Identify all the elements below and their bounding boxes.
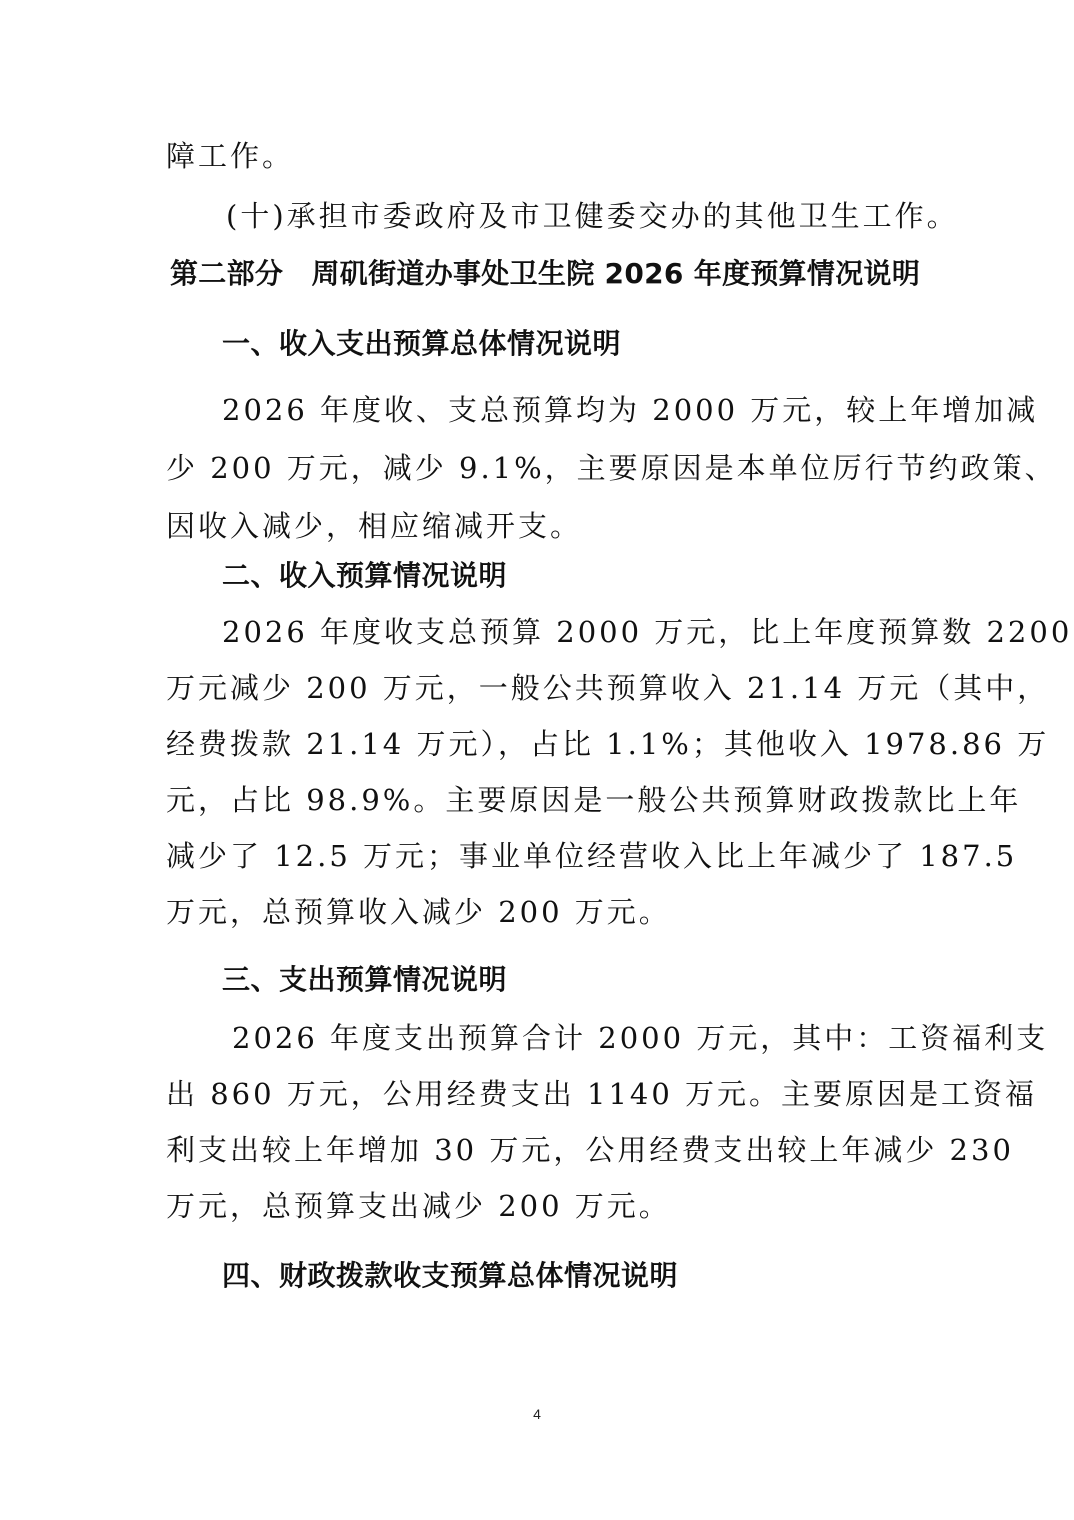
item-ten: (十)承担市委政府及市卫健委交办的其他卫生工作。 bbox=[226, 196, 971, 236]
section-2-line-5: 减少了 12.5 万元；事业单位经营收入比上年减少了 187.5 bbox=[166, 836, 911, 876]
section-3-line-1: 2026 年度支出预算合计 2000 万元，其中：工资福利支 bbox=[232, 1018, 911, 1058]
section-2-line-4: 元，占比 98.9%。主要原因是一般公共预算财政拨款比上年 bbox=[166, 780, 911, 820]
section-1-line-2: 少 200 万元，减少 9.1%，主要原因是本单位厉行节约政策、 bbox=[166, 448, 911, 488]
section-1-line-3: 因收入减少，相应缩减开支。 bbox=[166, 506, 911, 546]
part-title: 第二部分 周矶街道办事处卫生院 2026 年度预算情况说明 bbox=[170, 254, 915, 294]
page-number: 4 bbox=[0, 1406, 1074, 1422]
section-3-heading: 三、支出预算情况说明 bbox=[222, 960, 967, 1000]
section-4-heading: 四、财政拨款收支预算总体情况说明 bbox=[222, 1256, 967, 1296]
section-2-heading: 二、收入预算情况说明 bbox=[222, 556, 967, 596]
continuation-text: 障工作。 bbox=[166, 136, 911, 176]
section-2-line-1: 2026 年度收支总预算 2000 万元，比上年度预算数 2200 bbox=[222, 612, 911, 652]
section-2-line-6: 万元，总预算收入减少 200 万元。 bbox=[166, 892, 911, 932]
section-1-line-1: 2026 年度收、支总预算均为 2000 万元，较上年增加减 bbox=[222, 390, 911, 430]
section-2-line-2: 万元减少 200 万元，一般公共预算收入 21.14 万元（其中， bbox=[166, 668, 911, 708]
section-3-line-2: 出 860 万元，公用经费支出 1140 万元。主要原因是工资福 bbox=[166, 1074, 901, 1114]
section-2-line-3: 经费拨款 21.14 万元），占比 1.1%；其他收入 1978.86 万 bbox=[166, 724, 911, 764]
section-3-line-4: 万元，总预算支出减少 200 万元。 bbox=[166, 1186, 911, 1226]
section-1-heading: 一、收入支出预算总体情况说明 bbox=[222, 324, 967, 364]
section-3-line-3: 利支出较上年增加 30 万元，公用经费支出较上年减少 230 bbox=[166, 1130, 891, 1170]
document-page: 障工作。 (十)承担市委政府及市卫健委交办的其他卫生工作。 第二部分 周矶街道办… bbox=[0, 0, 1074, 1520]
